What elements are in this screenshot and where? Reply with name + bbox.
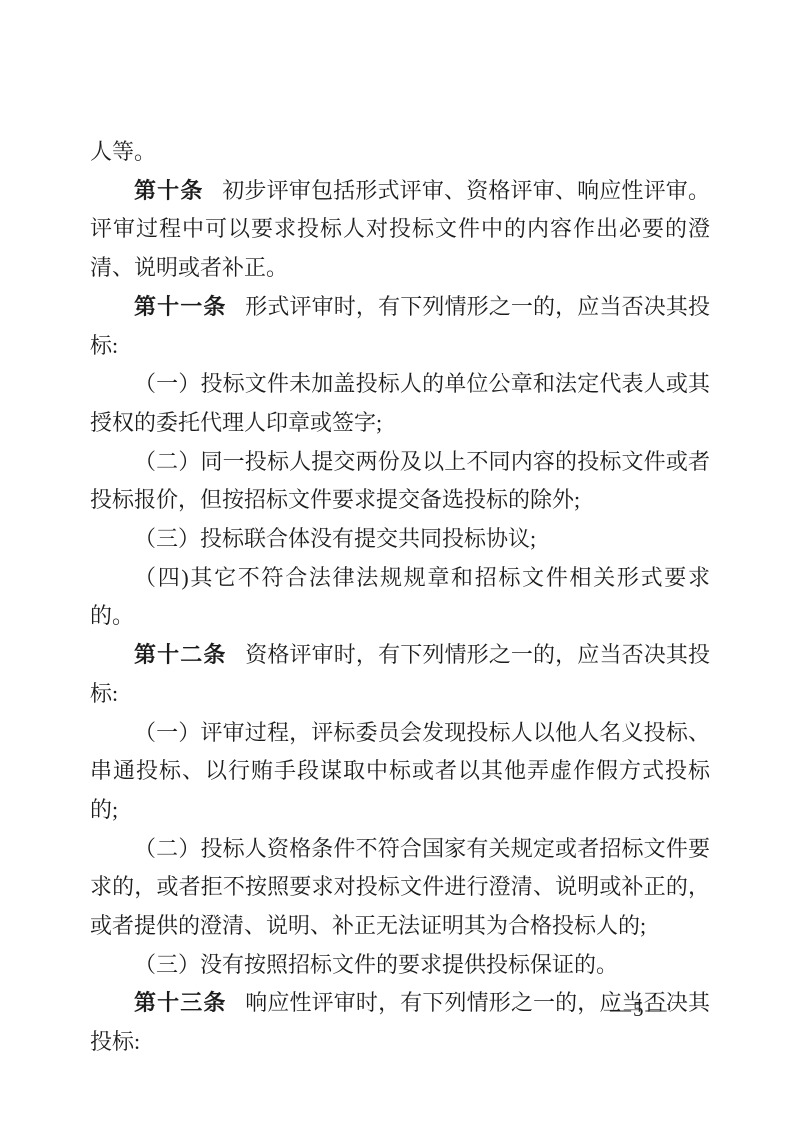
paragraph: （三）没有按照招标文件的要求提供投标保证的。	[90, 946, 710, 985]
paragraph: （二）投标人资格条件不符合国家有关规定或者招标文件要求的，或者拒不按照要求对投标…	[90, 830, 710, 946]
page-number: —5—	[610, 997, 669, 1022]
article-number: 第十二条	[134, 642, 227, 667]
paragraph-text: 人等。	[90, 139, 156, 164]
paragraph: （二）同一投标人提交两份及以上不同内容的投标文件或者投标报价，但按招标文件要求提…	[90, 443, 710, 520]
paragraph: （一）评审过程，评标委员会发现投标人以他人名义投标、串通投标、以行贿手段谋取中标…	[90, 714, 710, 830]
document-body: 人等。第十条初步评审包括形式评审、资格评审、响应性评审。评审过程中可以要求投标人…	[90, 133, 710, 1062]
paragraph-text: （一）投标文件未加盖投标人的单位公章和法定代表人或其授权的委托代理人印章或签字;	[90, 371, 710, 435]
paragraph: （一）投标文件未加盖投标人的单位公章和法定代表人或其授权的委托代理人印章或签字;	[90, 365, 710, 442]
paragraph-text: （二）投标人资格条件不符合国家有关规定或者招标文件要求的，或者拒不按照要求对投标…	[90, 836, 710, 938]
article-number: 第十三条	[134, 990, 227, 1015]
article-number: 第十条	[134, 178, 204, 203]
paragraph-text: （一）评审过程，评标委员会发现投标人以他人名义投标、串通投标、以行贿手段谋取中标…	[90, 720, 710, 822]
paragraph-text: （四)其它不符合法律法规规章和招标文件相关形式要求的。	[90, 565, 710, 629]
paragraph-text: （二）同一投标人提交两份及以上不同内容的投标文件或者投标报价，但按招标文件要求提…	[90, 449, 710, 513]
paragraph: 第十一条形式评审时，有下列情形之一的，应当否决其投标:	[90, 288, 710, 365]
paragraph: 人等。	[90, 133, 710, 172]
paragraph: （四)其它不符合法律法规规章和招标文件相关形式要求的。	[90, 559, 710, 636]
article-number: 第十一条	[134, 294, 227, 319]
paragraph: （三）投标联合体没有提交共同投标协议;	[90, 520, 710, 559]
paragraph: 第十二条资格评审时，有下列情形之一的，应当否决其投标:	[90, 636, 710, 713]
paragraph: 第十条初步评审包括形式评审、资格评审、响应性评审。评审过程中可以要求投标人对投标…	[90, 172, 710, 288]
paragraph-text: （三）投标联合体没有提交共同投标协议;	[134, 526, 536, 551]
paragraph-text: （三）没有按照招标文件的要求提供投标保证的。	[134, 952, 618, 977]
document-page: 人等。第十条初步评审包括形式评审、资格评审、响应性评审。评审过程中可以要求投标人…	[0, 0, 799, 1129]
